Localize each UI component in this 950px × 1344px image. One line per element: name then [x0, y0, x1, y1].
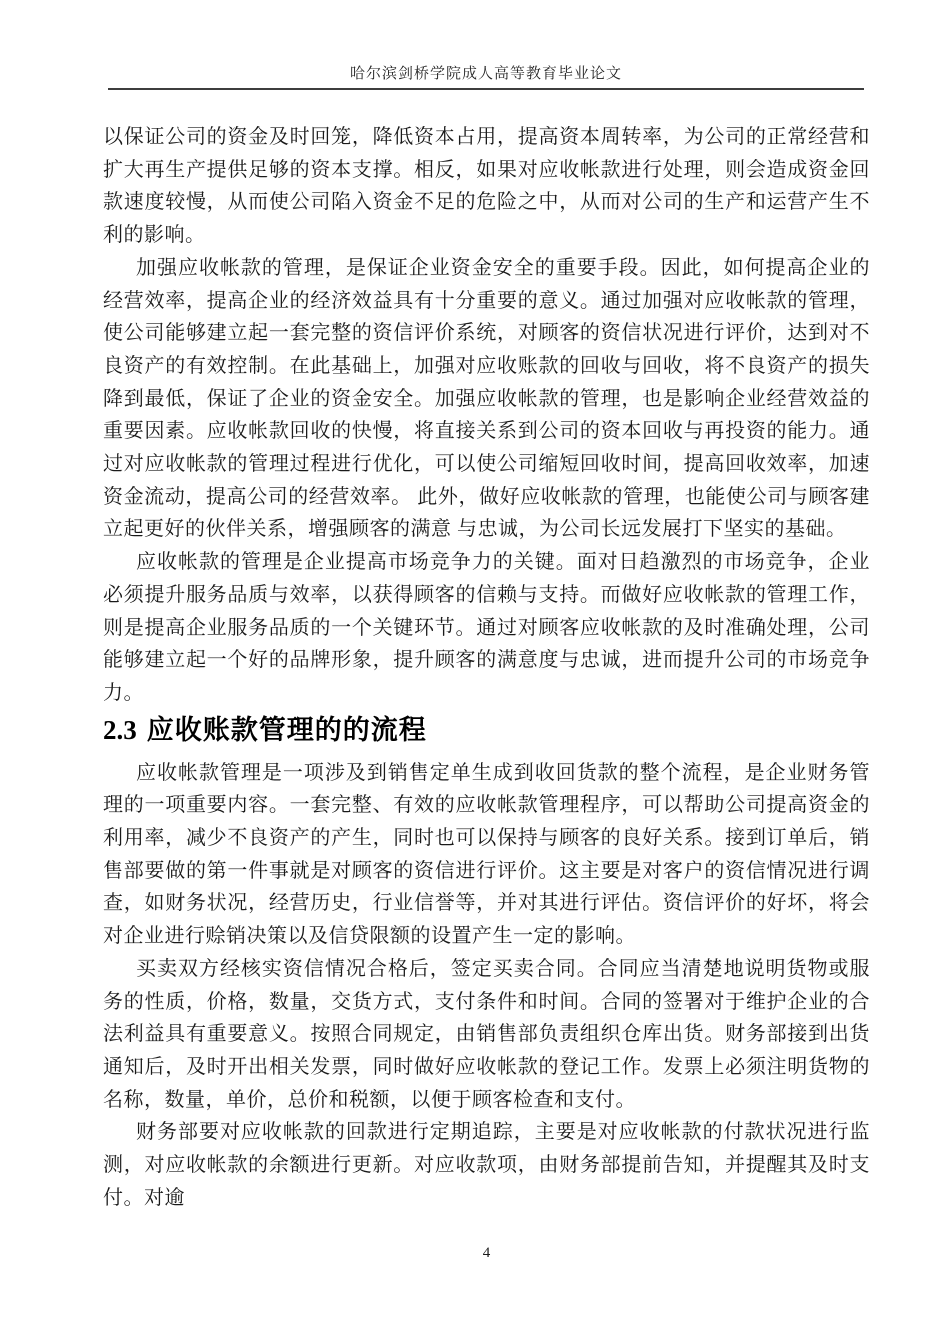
page-number: 4 — [103, 1243, 870, 1263]
page-footer: 4 — [103, 1243, 870, 1263]
paragraph: 加强应收帐款的管理，是保证企业资金安全的重要手段。因此，如何提高企业的经营效率，… — [103, 252, 870, 546]
paragraph: 应收帐款管理是一项涉及到销售定单生成到收回货款的整个流程，是企业财务管理的一项重… — [103, 757, 870, 953]
section-number: 2.3 — [103, 715, 137, 745]
document-body: 以保证公司的资金及时回笼，降低资本占用，提高资本周转率，为公司的正常经营和扩大再… — [103, 88, 870, 1215]
paragraph: 应收帐款的管理是企业提高市场竞争力的关键。面对日趋激烈的市场竞争，企业必须提升服… — [103, 546, 870, 710]
paragraph-continuation: 以保证公司的资金及时回笼，降低资本占用，提高资本周转率，为公司的正常经营和扩大再… — [103, 121, 870, 252]
section-heading: 2.3应收账款管理的的流程 — [103, 710, 870, 750]
running-head-title: 哈尔滨剑桥学院成人高等教育毕业论文 — [108, 64, 864, 90]
thesis-page: 哈尔滨剑桥学院成人高等教育毕业论文 以保证公司的资金及时回笼，降低资本占用，提高… — [0, 0, 950, 1344]
paragraph: 买卖双方经核实资信情况合格后，签定买卖合同。合同应当清楚地说明货物或服务的性质，… — [103, 953, 870, 1117]
page-header: 哈尔滨剑桥学院成人高等教育毕业论文 — [108, 0, 864, 90]
paragraph-runover: 财务部要对应收帐款的回款进行定期追踪，主要是对应收帐款的付款状况进行监测，对应收… — [103, 1116, 870, 1214]
section-title: 应收账款管理的的流程 — [147, 715, 427, 745]
